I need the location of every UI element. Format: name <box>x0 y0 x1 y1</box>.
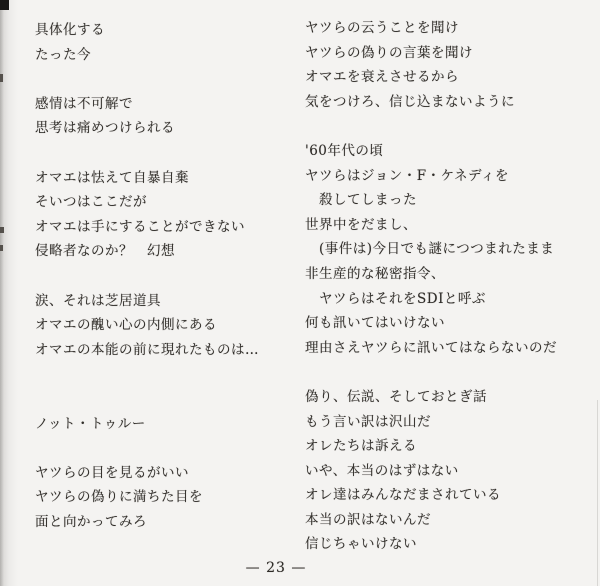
lyric-line: 気をつけろ、信じ込まないように <box>305 90 585 115</box>
lyric-line: オマエの本能の前に現れたものは… <box>35 338 290 363</box>
right-lyrics-column: ヤツらの云うことを聞け ヤツらの偽りの言葉を聞け オマエを衰えさせるから 気をつ… <box>305 16 585 557</box>
left-lyrics-column: 具体化する たった今 感情は不可解で 思考は痛めつけられる オマエは怯えて自暴自… <box>35 18 290 534</box>
scan-edge-mark <box>0 227 4 233</box>
lyric-line: 涙、それは芝居道具 <box>35 289 290 314</box>
lyric-line: ヤツらの云うことを聞け <box>305 16 585 41</box>
lyric-line: (事件は)今日でも謎につつまれたまま <box>305 237 585 262</box>
lyric-line: ヤツらの目を見るがいい <box>35 461 290 486</box>
lyric-line: いや、本当のはずはない <box>305 459 585 484</box>
lyric-line: '60年代の頃 <box>305 139 585 164</box>
lyric-line: たった今 <box>35 43 290 68</box>
lyric-line: 侵略者なのか？ 幻想 <box>35 239 290 264</box>
lyric-line <box>35 141 290 166</box>
lyric-line: オマエの醜い心の内側にある <box>35 313 290 338</box>
lyric-line: ヤツらの偽りに満ちた目を <box>35 485 290 510</box>
lyric-line: もう言い訳は沢山だ <box>305 410 585 435</box>
lyric-line: オマエは怯えて自暴自棄 <box>35 166 290 191</box>
lyric-line: 世界中をだまし、 <box>305 213 585 238</box>
left-gutter-shadow <box>0 0 18 586</box>
lyric-line: ヤツらはそれをSDIと呼ぶ <box>305 287 585 312</box>
lyric-line: 面と向かってみろ <box>35 510 290 535</box>
lyric-line: オレたちは訴える <box>305 434 585 459</box>
lyric-line: オマエは手にすることができない <box>35 215 290 240</box>
lyric-line: そいつはここだが <box>35 190 290 215</box>
lyric-line <box>35 362 290 387</box>
lyric-line <box>305 360 585 385</box>
lyric-line: 信じちゃいけない <box>305 532 585 557</box>
lyric-line: オレ達はみんなだまされている <box>305 483 585 508</box>
lyric-line: オマエを衰えさせるから <box>305 65 585 90</box>
lyric-line: 感情は不可解で <box>35 92 290 117</box>
lyric-line: 本当の訳はないんだ <box>305 508 585 533</box>
lyric-line: ノット・トゥルー <box>35 412 290 437</box>
lyric-line <box>305 114 585 139</box>
right-edge-scan-line <box>597 400 598 586</box>
lyric-line: ヤツらの偽りの言葉を聞け <box>305 41 585 66</box>
scan-edge-mark <box>0 74 3 82</box>
lyric-line: 殺してしまった <box>305 188 585 213</box>
lyric-line: 何も訊いてはいけない <box>305 311 585 336</box>
lyric-line <box>35 436 290 461</box>
lyric-line: ヤツらはジョン・F・ケネディを <box>305 164 585 189</box>
lyric-line: 思考は痛めつけられる <box>35 116 290 141</box>
page-number: — 23 — <box>0 560 552 576</box>
scanned-lyrics-page: 具体化する たった今 感情は不可解で 思考は痛めつけられる オマエは怯えて自暴自… <box>0 0 600 586</box>
lyric-line: 非生産的な秘密指令、 <box>305 262 585 287</box>
scan-edge-mark <box>0 245 3 251</box>
lyric-line: 偽り、伝説、そしておとぎ話 <box>305 385 585 410</box>
lyric-line: 具体化する <box>35 18 290 43</box>
scan-corner-mark <box>0 0 9 10</box>
lyric-line <box>35 387 290 412</box>
lyric-line: 理由さえヤツらに訊いてはならないのだ <box>305 336 585 361</box>
lyric-line <box>35 264 290 289</box>
lyric-line <box>35 67 290 92</box>
